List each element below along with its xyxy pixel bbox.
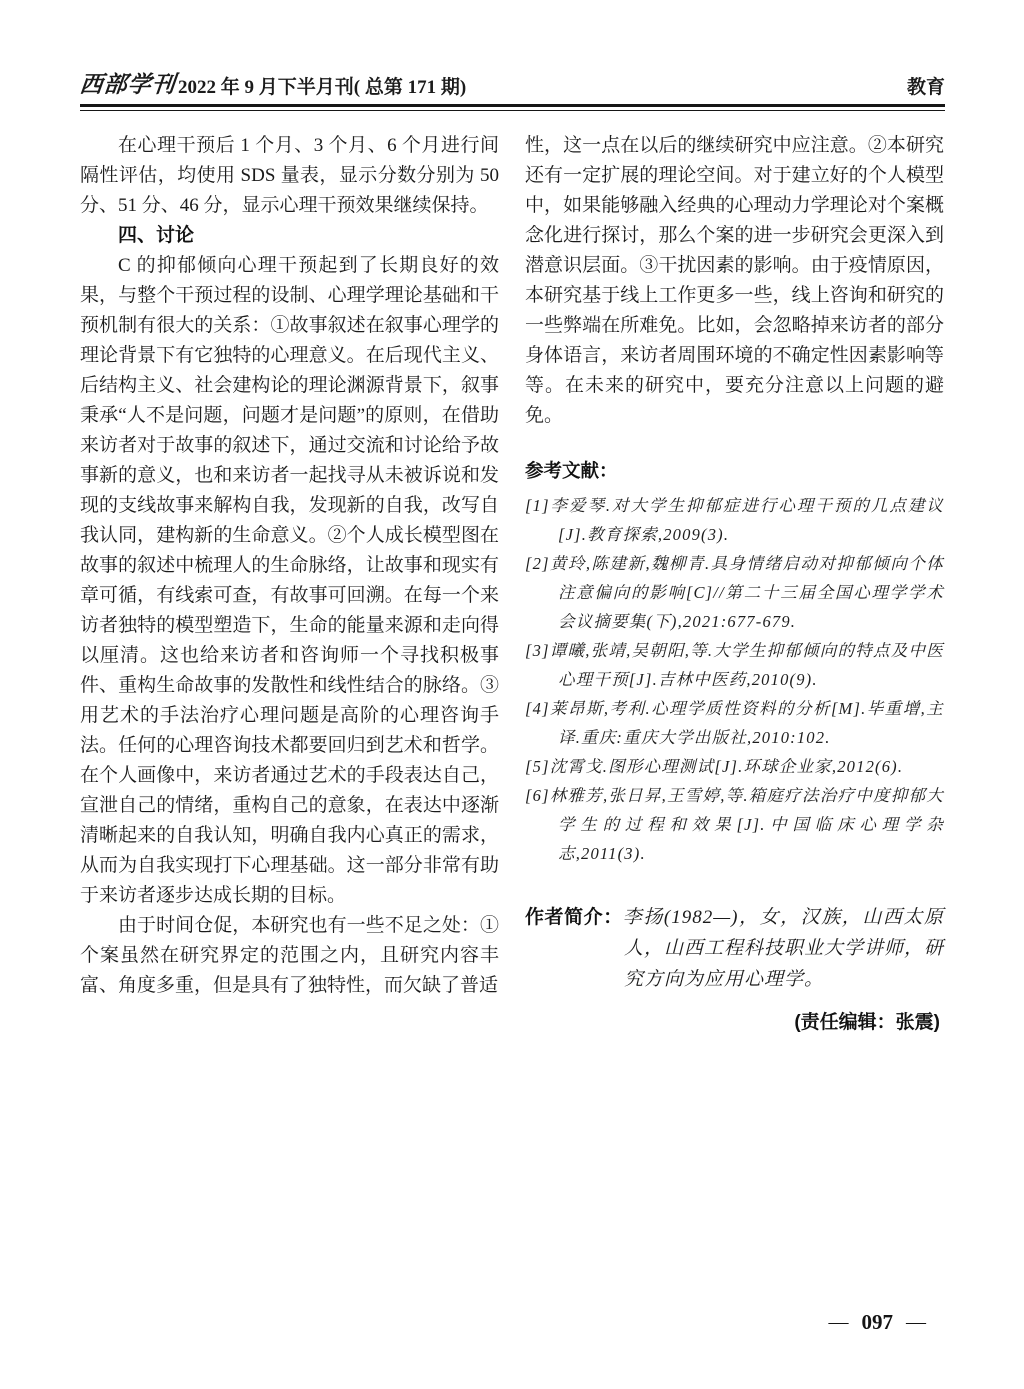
author-bio-text: 李扬(1982—)，女，汉族，山西太原人，山西工程科技职业大学讲师，研究方向为应… [623, 907, 944, 990]
paragraph-evaluation: 在心理干预后 1 个月、3 个月、6 个月进行间隔性评估，均使用 SDS 量表，… [80, 131, 499, 221]
article-body: 在心理干预后 1 个月、3 个月、6 个月进行间隔性评估，均使用 SDS 量表，… [80, 131, 945, 1034]
paragraph-limitations-continued: 性，这一点在以后的继续研究中应注意。②本研究还有一定扩展的理论空间。对于建立好的… [525, 131, 944, 431]
header-left: 西部学刊2022 年 9 月下半月刊( 总第 171 期) [80, 66, 466, 99]
discussion-heading: 四、讨论 [80, 221, 499, 251]
author-bio: 作者简介：李扬(1982—)，女，汉族，山西太原人，山西工程科技职业大学讲师，研… [525, 902, 944, 995]
paragraph-limitations: 由于时间仓促，本研究也有一些不足之处：①个案虽然在研究界定的范围之内，且研究内容… [80, 911, 499, 1001]
reference-item: [6]林雅芳,张日昇,王雪婷,等.箱庭疗法治疗中度抑郁大学生的过程和效果[J].… [525, 781, 944, 868]
page-number: — 097 — [829, 1310, 927, 1335]
journal-logo: 西部学刊 [78, 66, 177, 99]
page-number-value: 097 [862, 1310, 894, 1335]
paragraph-discussion: C 的抑郁倾向心理干预起到了长期良好的效果，与整个干预过程的设制、心理学理论基础… [80, 251, 499, 911]
journal-page: 西部学刊2022 年 9 月下半月刊( 总第 171 期) 教育 在心理干预后 … [0, 0, 1024, 1389]
page-number-dash-left: — [829, 1311, 849, 1334]
editor-note: (责任编辑：张震) [525, 1007, 940, 1034]
issue-info: 2022 年 9 月下半月刊( 总第 171 期) [178, 72, 466, 99]
page-number-dash-right: — [906, 1311, 926, 1334]
section-label: 教育 [907, 72, 945, 99]
left-column: 在心理干预后 1 个月、3 个月、6 个月进行间隔性评估，均使用 SDS 量表，… [80, 131, 499, 1034]
header-double-rule [80, 104, 945, 111]
reference-item: [3]谭曦,张靖,吴朝阳,等.大学生抑郁倾向的特点及中医心理干预[J].吉林中医… [525, 636, 944, 694]
author-bio-label: 作者简介： [525, 907, 623, 928]
right-column: 性，这一点在以后的继续研究中应注意。②本研究还有一定扩展的理论空间。对于建立好的… [525, 131, 944, 1034]
reference-item: [5]沈霄戈.图形心理测试[J].环球企业家,2012(6). [525, 752, 944, 781]
references-heading: 参考文献： [525, 457, 944, 483]
page-header: 西部学刊2022 年 9 月下半月刊( 总第 171 期) 教育 [80, 0, 945, 99]
reference-item: [1]李爱琴.对大学生抑郁症进行心理干预的几点建议[J].教育探索,2009(3… [525, 491, 944, 549]
reference-item: [2]黄玲,陈建新,魏柳青.具身情绪启动对抑郁倾向个体注意偏向的影响[C]//第… [525, 549, 944, 636]
reference-item: [4]莱昂斯,考利.心理学质性资料的分析[M].毕重增,主译.重庆:重庆大学出版… [525, 694, 944, 752]
